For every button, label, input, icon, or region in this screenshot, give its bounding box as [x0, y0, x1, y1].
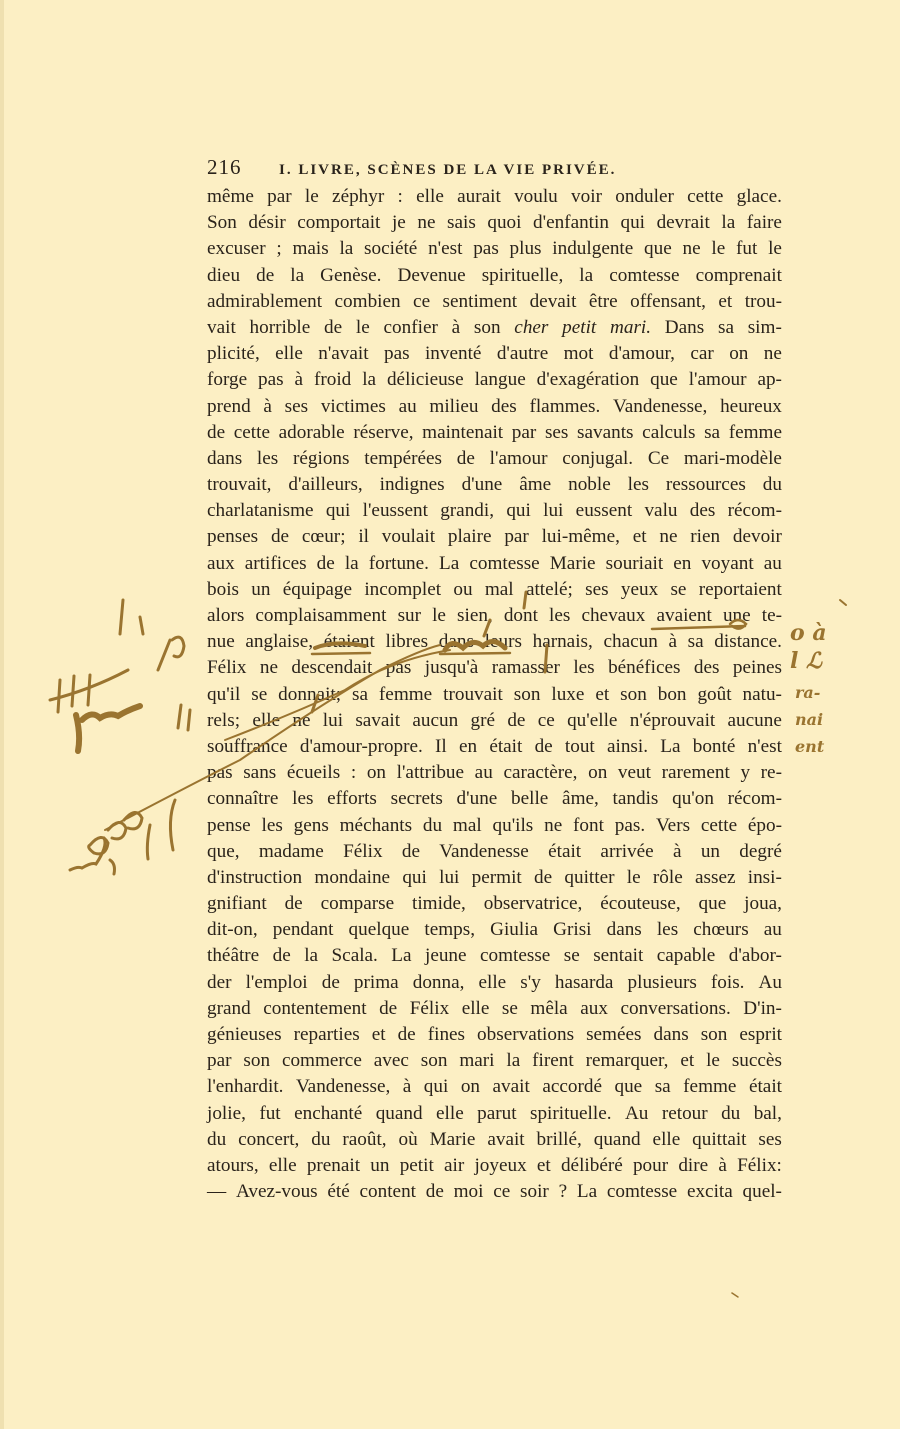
- text-line: grandcontentementdeFélixellesemêlaauxcon…: [207, 996, 782, 1022]
- text-line: dieudelaGenèse.Devenuespirituelle,lacomt…: [207, 263, 782, 289]
- svg-text:ent: ent: [795, 737, 825, 756]
- text-line: trouvait,d'ailleurs,indignesd'uneâmenobl…: [207, 472, 782, 498]
- stray-mark-bottom: [732, 1293, 738, 1297]
- text-line: alorscomplaisammentsurlesien,dontleschev…: [207, 603, 782, 629]
- text-line: mêmeparlezéphyr:elleauraitvouluvoirondul…: [207, 184, 782, 210]
- text-line: penselesgensméchantsdumalqu'ilsnefontpas…: [207, 813, 782, 839]
- text-line: passansécueils:onl'attribueaucaractère,o…: [207, 760, 782, 786]
- right-margin-annotations: o à l ℒ ra- nai ent: [790, 620, 827, 756]
- text-line: gnifiantdecomparsetimide,observatrice,éc…: [207, 891, 782, 917]
- svg-text:l ℒ: l ℒ: [790, 648, 823, 674]
- stray-mark: [840, 600, 846, 605]
- body-text: mêmeparlezéphyr:elleauraitvouluvoirondul…: [207, 184, 782, 1205]
- text-line: qu'ilsedonnait;safemmetrouvaitsonluxeets…: [207, 682, 782, 708]
- text-line: prendàsesvictimesaumilieudesflammes.Vand…: [207, 394, 782, 420]
- text-line: duconcert,duraoût,oùMarieavaitbrillé,qua…: [207, 1127, 782, 1153]
- text-line: pensesdecœur;ilvoulaitplaireparlui-même,…: [207, 524, 782, 550]
- text-line: forgepasàfroidladélicieuselangued'exagér…: [207, 367, 782, 393]
- text-line: derl'emploideprimadonna,elles'yhasardapl…: [207, 970, 782, 996]
- text-line: Sondésircomportaitjenesaisquoid'enfantin…: [207, 210, 782, 236]
- text-line: —Avez-vousétécontentdemoicesoir?Lacomtes…: [207, 1179, 782, 1205]
- page-number: 216: [207, 155, 279, 180]
- text-line: admirablementcombiencesentimentdevaitêtr…: [207, 289, 782, 315]
- text-line: jolie,futenchantéquandelleparutspirituel…: [207, 1101, 782, 1127]
- text-line: boisunéquipageincompletoumalattelé;sesye…: [207, 577, 782, 603]
- text-line: d'instructionmondainequiluipermitdequitt…: [207, 865, 782, 891]
- svg-text:ra-: ra-: [795, 683, 820, 702]
- running-head: I. Livre, Scènes de la vie privée.: [279, 162, 616, 179]
- text-line: vaithorribledeleconfieràsoncherpetitmari…: [207, 315, 782, 341]
- text-line: auxartificesdelafortune.LacomtesseMaries…: [207, 551, 782, 577]
- text-line: atours,elleprenaitunpetitairjoyeuxetdéli…: [207, 1153, 782, 1179]
- text-line: l'enhardit.Vandenesse,àquionavaitaccordé…: [207, 1074, 782, 1100]
- text-line: génieusesrepartiesetdefinesobservationss…: [207, 1022, 782, 1048]
- page-header: 216 I. Livre, Scènes de la vie privée.: [207, 155, 787, 181]
- text-line: rels;elleneluisavaitaucungrédecequ'ellen…: [207, 708, 782, 734]
- text-line: Félixnedescendaitpasjusqu'àramasserlesbé…: [207, 655, 782, 681]
- text-line: nueanglaise,étaientlibresdansleursharnai…: [207, 629, 782, 655]
- text-line: dit-on,pendantquelquetemps,GiuliaGrisida…: [207, 917, 782, 943]
- text-line: decetteadorableréserve,maintenaitparsess…: [207, 420, 782, 446]
- svg-text:nai: nai: [795, 710, 823, 729]
- text-line: que,madameFélixdeVandenesseétaitarrivéeà…: [207, 839, 782, 865]
- svg-text:o à: o à: [790, 620, 827, 646]
- text-line: souffranced'amour-propre.Ilenétaitdetout…: [207, 734, 782, 760]
- text-line: théâtredelaScala.Lajeunecomtessesesentai…: [207, 943, 782, 969]
- text-line: plicité,ellen'avaitpasinventéd'autremotd…: [207, 341, 782, 367]
- page-edge: [0, 0, 4, 1429]
- text-line: danslesrégionstempéréesdel'amourconjugal…: [207, 446, 782, 472]
- left-margin-annotations: [50, 600, 190, 874]
- text-line: charlatanismequil'eussentgrandi,quiluieu…: [207, 498, 782, 524]
- text-line: parsoncommerceavecsonmarilafirentremarqu…: [207, 1048, 782, 1074]
- text-line: excuser;maislasociétén'estpasplusindulge…: [207, 236, 782, 262]
- text-line: connaîtreleseffortssecretsd'unebelleâme,…: [207, 786, 782, 812]
